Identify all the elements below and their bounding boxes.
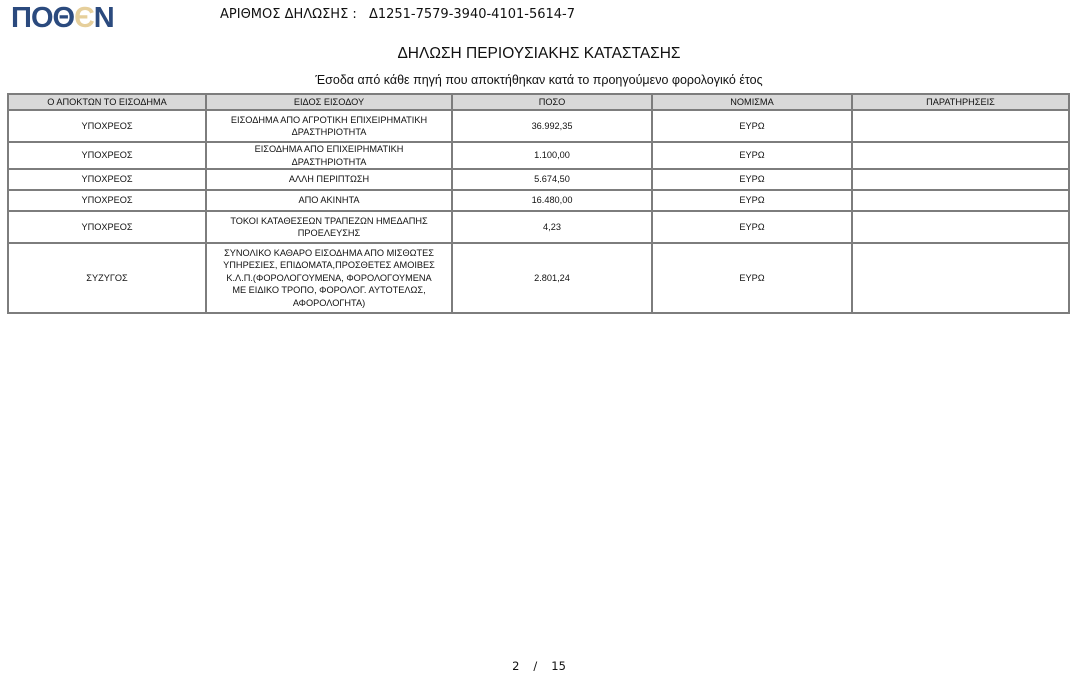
declaration-number-label: ΑΡΙΘΜΟΣ ΔΗΛΩΣΗΣ : <box>220 7 357 22</box>
table-row: ΥΠΟΧΡΕΟΣΕΙΣΟΔΗΜΑ ΑΠΟ ΑΓΡΟΤΙΚΗ ΕΠΙΧΕΙΡΗΜΑ… <box>8 110 1069 142</box>
cell-income-type: ΤΟΚΟΙ ΚΑΤΑΘΕΣΕΩΝ ΤΡΑΠΕΖΩΝ ΗΜΕΔΑΠΗΣ ΠΡΟΕΛ… <box>206 211 452 243</box>
cell-currency: ΕΥΡΩ <box>652 211 852 243</box>
cell-notes <box>852 142 1069 169</box>
column-header-notes: ΠΑΡΑΤΗΡΗΣΕΙΣ <box>852 94 1069 110</box>
table-row: ΥΠΟΧΡΕΟΣΑΛΛΗ ΠΕΡΙΠΤΩΣΗ5.674,50ΕΥΡΩ <box>8 169 1069 190</box>
column-header-currency: ΝΟΜΙΣΜΑ <box>652 94 852 110</box>
cell-currency: ΕΥΡΩ <box>652 169 852 190</box>
cell-income-type: ΣΥΝΟΛΙΚΟ ΚΑΘΑΡΟ ΕΙΣΟΔΗΜΑ ΑΠΟ ΜΙΣΘΩΤΕΣ ΥΠ… <box>206 243 452 313</box>
cell-notes <box>852 190 1069 211</box>
table-header-row: Ο ΑΠΟΚΤΩΝ ΤΟ ΕΙΣΟΔΗΜΑ ΕΙΔΟΣ ΕΙΣΟΔΟΥ ΠΟΣΟ… <box>8 94 1069 110</box>
cell-amount: 5.674,50 <box>452 169 652 190</box>
cell-amount: 1.100,00 <box>452 142 652 169</box>
cell-income-type: ΑΠΟ ΑΚΙΝΗΤΑ <box>206 190 452 211</box>
cell-recipient: ΥΠΟΧΡΕΟΣ <box>8 190 206 211</box>
cell-notes <box>852 211 1069 243</box>
page-subtitle: Έσοδα από κάθε πηγή που αποκτήθηκαν κατά… <box>0 73 1078 87</box>
table-row: ΣΥΖΥΓΟΣΣΥΝΟΛΙΚΟ ΚΑΘΑΡΟ ΕΙΣΟΔΗΜΑ ΑΠΟ ΜΙΣΘ… <box>8 243 1069 313</box>
logo-text: ΠΟΘ <box>11 2 74 34</box>
cell-currency: ΕΥΡΩ <box>652 110 852 142</box>
cell-amount: 36.992,35 <box>452 110 652 142</box>
cell-income-type: ΑΛΛΗ ΠΕΡΙΠΤΩΣΗ <box>206 169 452 190</box>
logo-text-end: Ν <box>94 2 114 34</box>
column-header-recipient: Ο ΑΠΟΚΤΩΝ ΤΟ ΕΙΣΟΔΗΜΑ <box>8 94 206 110</box>
logo-accent: Є <box>74 2 94 34</box>
declaration-number-value: Δ1251-7579-3940-4101-5614-7 <box>369 7 575 22</box>
column-header-income-type: ΕΙΔΟΣ ΕΙΣΟΔΟΥ <box>206 94 452 110</box>
table-row: ΥΠΟΧΡΕΟΣΕΙΣΟΔΗΜΑ ΑΠΟ ΕΠΙΧΕΙΡΗΜΑΤΙΚΗ ΔΡΑΣ… <box>8 142 1069 169</box>
cell-currency: ΕΥΡΩ <box>652 142 852 169</box>
cell-amount: 2.801,24 <box>452 243 652 313</box>
current-page: 2 <box>512 659 519 673</box>
cell-recipient: ΣΥΖΥΓΟΣ <box>8 243 206 313</box>
income-table: Ο ΑΠΟΚΤΩΝ ΤΟ ΕΙΣΟΔΗΜΑ ΕΙΔΟΣ ΕΙΣΟΔΟΥ ΠΟΣΟ… <box>7 93 1070 314</box>
cell-recipient: ΥΠΟΧΡΕΟΣ <box>8 169 206 190</box>
declaration-number-line: ΑΡΙΘΜΟΣ ΔΗΛΩΣΗΣ : Δ1251-7579-3940-4101-5… <box>220 7 575 22</box>
page-title: ΔΗΛΩΣΗ ΠΕΡΙΟΥΣΙΑΚΗΣ ΚΑΤΑΣΤΑΣΗΣ <box>0 45 1078 63</box>
page-indicator: 2/15 <box>0 659 1078 673</box>
cell-currency: ΕΥΡΩ <box>652 190 852 211</box>
cell-currency: ΕΥΡΩ <box>652 243 852 313</box>
cell-recipient: ΥΠΟΧΡΕΟΣ <box>8 211 206 243</box>
pothen-logo: ΠΟΘЄΝ <box>11 4 114 33</box>
table-row: ΥΠΟΧΡΕΟΣΤΟΚΟΙ ΚΑΤΑΘΕΣΕΩΝ ΤΡΑΠΕΖΩΝ ΗΜΕΔΑΠ… <box>8 211 1069 243</box>
cell-amount: 4,23 <box>452 211 652 243</box>
cell-notes <box>852 110 1069 142</box>
cell-recipient: ΥΠΟΧΡΕΟΣ <box>8 142 206 169</box>
page-separator: / <box>533 659 537 673</box>
total-pages: 15 <box>551 659 566 673</box>
column-header-amount: ΠΟΣΟ <box>452 94 652 110</box>
cell-notes <box>852 243 1069 313</box>
cell-recipient: ΥΠΟΧΡΕΟΣ <box>8 110 206 142</box>
cell-income-type: ΕΙΣΟΔΗΜΑ ΑΠΟ ΕΠΙΧΕΙΡΗΜΑΤΙΚΗ ΔΡΑΣΤΗΡΙΟΤΗΤ… <box>206 142 452 169</box>
cell-amount: 16.480,00 <box>452 190 652 211</box>
cell-notes <box>852 169 1069 190</box>
cell-income-type: ΕΙΣΟΔΗΜΑ ΑΠΟ ΑΓΡΟΤΙΚΗ ΕΠΙΧΕΙΡΗΜΑΤΙΚΗ ΔΡΑ… <box>206 110 452 142</box>
table-row: ΥΠΟΧΡΕΟΣΑΠΟ ΑΚΙΝΗΤΑ16.480,00ΕΥΡΩ <box>8 190 1069 211</box>
